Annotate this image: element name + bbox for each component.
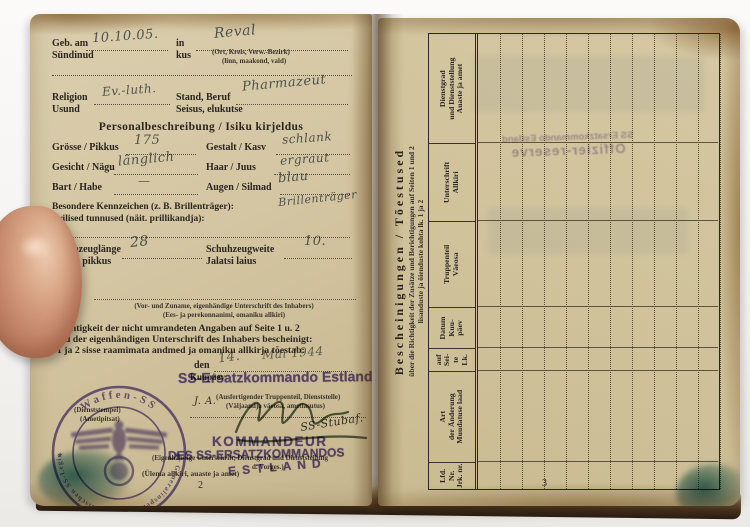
left-page: Geb. am Sündinud 10.10.05. in kus Reval …	[30, 14, 372, 506]
augen-value: blau	[277, 169, 309, 187]
table-row-line	[566, 34, 567, 489]
kennzeichen-value: Brillenträger	[278, 188, 358, 209]
dotted-line	[114, 173, 198, 175]
beruf-label-et: Seisus, elukutse	[176, 104, 243, 115]
table-row-line	[522, 34, 523, 489]
religion-label-de: Religion	[52, 92, 88, 103]
thumb	[0, 206, 82, 358]
table-row-line	[654, 34, 655, 489]
rotated-table-block: Bescheinigungen / Tõestused über die Ric…	[392, 33, 724, 490]
table-subtitle-2: lisanduste ja õienduste kohta lk. 1 ja 2	[416, 33, 425, 490]
table-column-line	[478, 347, 718, 348]
groesse-value: 175	[134, 133, 160, 148]
place-hint-et: (linn, maakond, vald)	[222, 57, 286, 65]
thumb-highlight	[18, 234, 52, 260]
dotted-line	[94, 103, 170, 105]
table-column-line	[478, 370, 718, 371]
haar-value: ergraut	[280, 150, 330, 167]
bart-label: Bart / Habe	[52, 182, 102, 193]
geb-label-et: Sündinud	[52, 50, 94, 61]
table-row-line	[588, 34, 589, 489]
column-header-unterschrift: Unterschrift Allkiri	[429, 143, 475, 220]
bart-value: —	[138, 174, 151, 188]
gesicht-label: Gesicht / Nägu	[52, 162, 115, 173]
owner-sig-hint-et: (Ees- ja perekonnanimi, omaniku allkiri)	[86, 311, 362, 319]
haar-label: Haar / Juus	[206, 162, 256, 173]
dotted-line	[122, 257, 202, 259]
table-title: Bescheinigungen / Tõestused	[392, 33, 407, 490]
ja-annotation: J. A.	[194, 396, 217, 407]
birth-date-value: 10.10.05.	[92, 27, 159, 47]
schuhweite-label-et: Jalatsi laius	[206, 256, 256, 267]
table-row-line	[544, 34, 545, 489]
gestalt-label: Gestalt / Kasv	[206, 142, 266, 153]
right-page-number: 3	[542, 478, 547, 489]
gestalt-value: schlank	[282, 129, 333, 146]
in-label: in	[176, 38, 184, 49]
kennzeichen-label-et: Erilised tunnused (näit. prillikandja):	[52, 214, 205, 225]
certify-line1: Die Richtigkeit der nicht umrandeten Ang…	[40, 323, 300, 334]
schuhlaenge-value: 28	[129, 233, 149, 251]
unit-stamp: SS-Ersatzkommando Estland	[178, 368, 372, 386]
column-header-auf-seite: auf Sei- te Lk.	[429, 348, 475, 371]
dotted-line	[236, 103, 348, 105]
column-header-datum: Datum Kuu- päev	[429, 307, 475, 348]
owner-sig-hint-de: (Vor- und Zuname, eigenhändige Unterschr…	[86, 302, 362, 310]
signature-line	[94, 298, 356, 300]
column-header-dienstgrad: Dienstgrad und Dienststellung Auaste ja …	[429, 34, 475, 143]
certify-line2: und der eigenhändigen Unterschrift des I…	[54, 334, 312, 345]
table-body	[478, 34, 718, 489]
table-column-line	[478, 220, 718, 221]
dotted-line	[86, 49, 168, 51]
right-page: Bescheinigungen / Tõestused über die Ric…	[378, 18, 740, 506]
table-row-line	[676, 34, 677, 489]
photo-of-document: Geb. am Sündinud 10.10.05. in kus Reval …	[0, 0, 750, 527]
religion-value: Ev.-luth.	[102, 81, 157, 99]
column-header-art: Art der Änderung Muudatuse laad	[429, 371, 475, 462]
augen-label: Augen / Silmad	[206, 182, 272, 193]
table-column-line	[478, 461, 718, 462]
table-row-line	[720, 34, 721, 489]
schuhweite-label-de: Schuhzeugweite	[206, 244, 274, 255]
table-header-row: Lfd. Nr. Jrk. nr. Art der Änderung Muuda…	[429, 34, 475, 489]
geb-label-de: Geb. am	[52, 38, 88, 49]
beruf-label-de: Stand, Beruf	[176, 92, 230, 103]
ink-smudge-left	[38, 450, 130, 506]
date-day-value: 14.	[217, 349, 241, 367]
table-row-line	[632, 34, 633, 489]
column-header-lfd-nr: Lfd. Nr. Jrk. nr.	[429, 462, 475, 489]
kus-label: kus	[176, 50, 191, 61]
dotted-line	[114, 193, 198, 195]
certifications-table: Lfd. Nr. Jrk. nr. Art der Änderung Muuda…	[428, 33, 720, 490]
groesse-label: Grösse / Pikkus	[52, 142, 119, 153]
table-row-line	[610, 34, 611, 489]
religion-label-et: Usund	[52, 104, 80, 115]
place-hint-de: (Ort, Kreis, Verw.-Bezirk)	[212, 48, 290, 56]
table-row-line	[500, 34, 501, 489]
table-row-line	[698, 34, 699, 489]
birth-place-value: Reval	[213, 22, 256, 42]
table-column-line	[478, 306, 718, 307]
superior-sig-hint-et: (Ülema allkiri, auaste ja amet)	[142, 470, 239, 478]
schuhweite-value: 10.	[304, 234, 326, 249]
left-page-number: 2	[198, 480, 203, 491]
column-header-truppenteil: Truppenteil Väeosa	[429, 221, 475, 307]
date-month-year-value: Mai 1944	[262, 344, 324, 362]
dotted-line	[284, 257, 352, 259]
table-subtitle-1: über die Richtigkeit der Zusätze und Ber…	[407, 33, 416, 490]
kennzeichen-label-de: Besondere Kennzeichen (z. B. Brillenträg…	[52, 202, 234, 213]
